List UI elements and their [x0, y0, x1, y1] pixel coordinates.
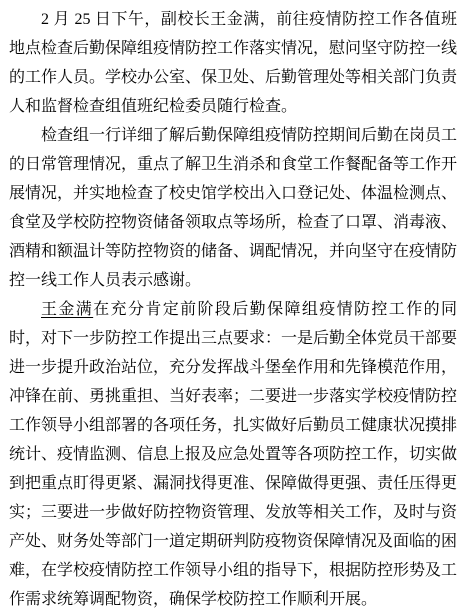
paragraph-1: 2 月 25 日下午，副校长王金满，前往疫情防控工作各值班地点检查后勤保障组疫情…	[9, 5, 457, 121]
paragraph-1-text: 2 月 25 日下午，副校长王金满，前往疫情防控工作各值班地点检查后勤保障组疫情…	[9, 11, 457, 115]
paragraph-2-text: 检查组一行详细了解后勤保障组疫情防控期间后勤在岗员工的日常管理情况，重点了解卫生…	[9, 127, 457, 289]
person-name-underlined: 王金满	[41, 301, 93, 318]
paragraph-3-text: 在充分肯定前阶段后勤保障组疫情防控工作的同时，对下一步防控工作提出三点要求：一是…	[9, 301, 457, 608]
paragraph-3: 王金满在充分肯定前阶段后勤保障组疫情防控工作的同时，对下一步防控工作提出三点要求…	[9, 295, 457, 608]
paragraph-2: 检查组一行详细了解后勤保障组疫情防控期间后勤在岗员工的日常管理情况，重点了解卫生…	[9, 121, 457, 295]
document-page: 2 月 25 日下午，副校长王金满，前往疫情防控工作各值班地点检查后勤保障组疫情…	[0, 0, 466, 608]
